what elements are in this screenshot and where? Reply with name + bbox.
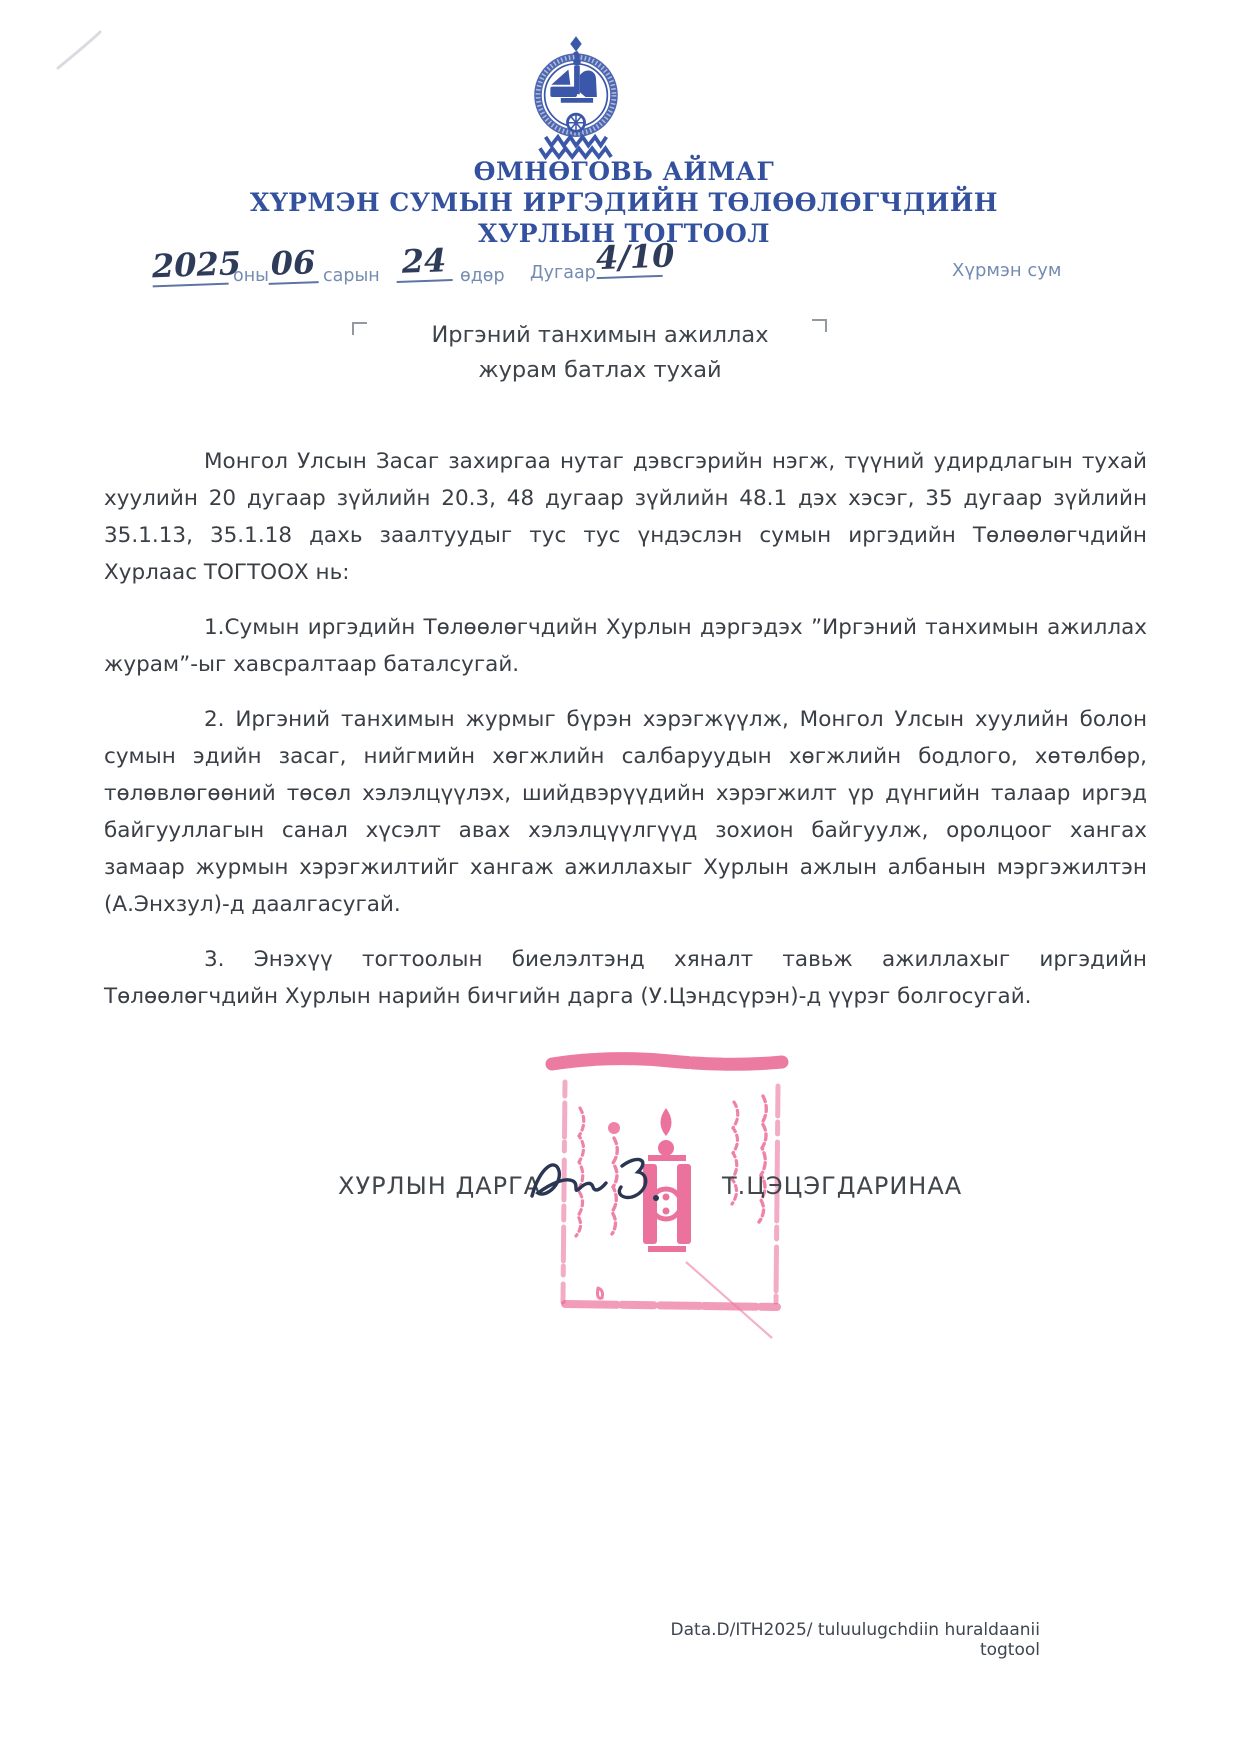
- scan-crease-mark: [40, 20, 200, 110]
- day-label: өдөр: [460, 266, 505, 286]
- decree-title-line1: Иргэний танхимын ажиллах: [290, 318, 910, 353]
- signature-name: Т.ЦЭЦЭГДАРИНАА: [722, 1172, 962, 1200]
- number-label: Дугаар: [530, 263, 596, 283]
- state-emblem-icon: [519, 34, 633, 162]
- footer-reference: Data.D/ITH2025/ tuluulugchdiin huraldaan…: [620, 1620, 1040, 1660]
- header-aimag: ӨМНӨГОВЬ АЙМАГ: [0, 157, 1248, 186]
- decree-item-1: 1.Сумын иргэдийн Төлөөлөгчдийн Хурлын дэ…: [104, 609, 1147, 683]
- location-label: Хүрмэн сум: [952, 260, 1062, 281]
- signature-role-label: ХУРЛЫН ДАРГА: [338, 1172, 541, 1200]
- handwritten-month: 06: [267, 243, 318, 285]
- handwritten-signature-icon: [518, 1136, 693, 1228]
- year-label: оны: [233, 266, 269, 286]
- scanned-decree-page: ӨМНӨГОВЬ АЙМАГ ХҮРМЭН СУМЫН ИРГЭДИЙН ТӨЛ…: [0, 0, 1248, 1753]
- header-organization: ХҮРМЭН СУМЫН ИРГЭДИЙН ТӨЛӨӨЛӨГЧДИЙН: [0, 188, 1248, 217]
- month-label: сарын: [323, 266, 380, 286]
- decree-body: Монгол Улсын Засаг захиргаа нутаг дэвсгэ…: [104, 443, 1147, 1033]
- handwritten-year: 2025: [151, 245, 228, 288]
- decree-item-2: 2. Иргэний танхимын журмыг бүрэн хэрэгжү…: [104, 701, 1147, 923]
- handwritten-number: 4/10: [595, 237, 662, 279]
- handwritten-day: 24: [395, 241, 452, 283]
- preamble-paragraph: Монгол Улсын Засаг захиргаа нутаг дэвсгэ…: [104, 443, 1147, 591]
- decree-item-3: 3. Энэхүү тогтоолын биелэлтэнд хяналт та…: [104, 941, 1147, 1015]
- decree-title: Иргэний танхимын ажиллах журам батлах ту…: [290, 318, 910, 388]
- decree-title-line2: журам батлах тухай: [290, 353, 910, 388]
